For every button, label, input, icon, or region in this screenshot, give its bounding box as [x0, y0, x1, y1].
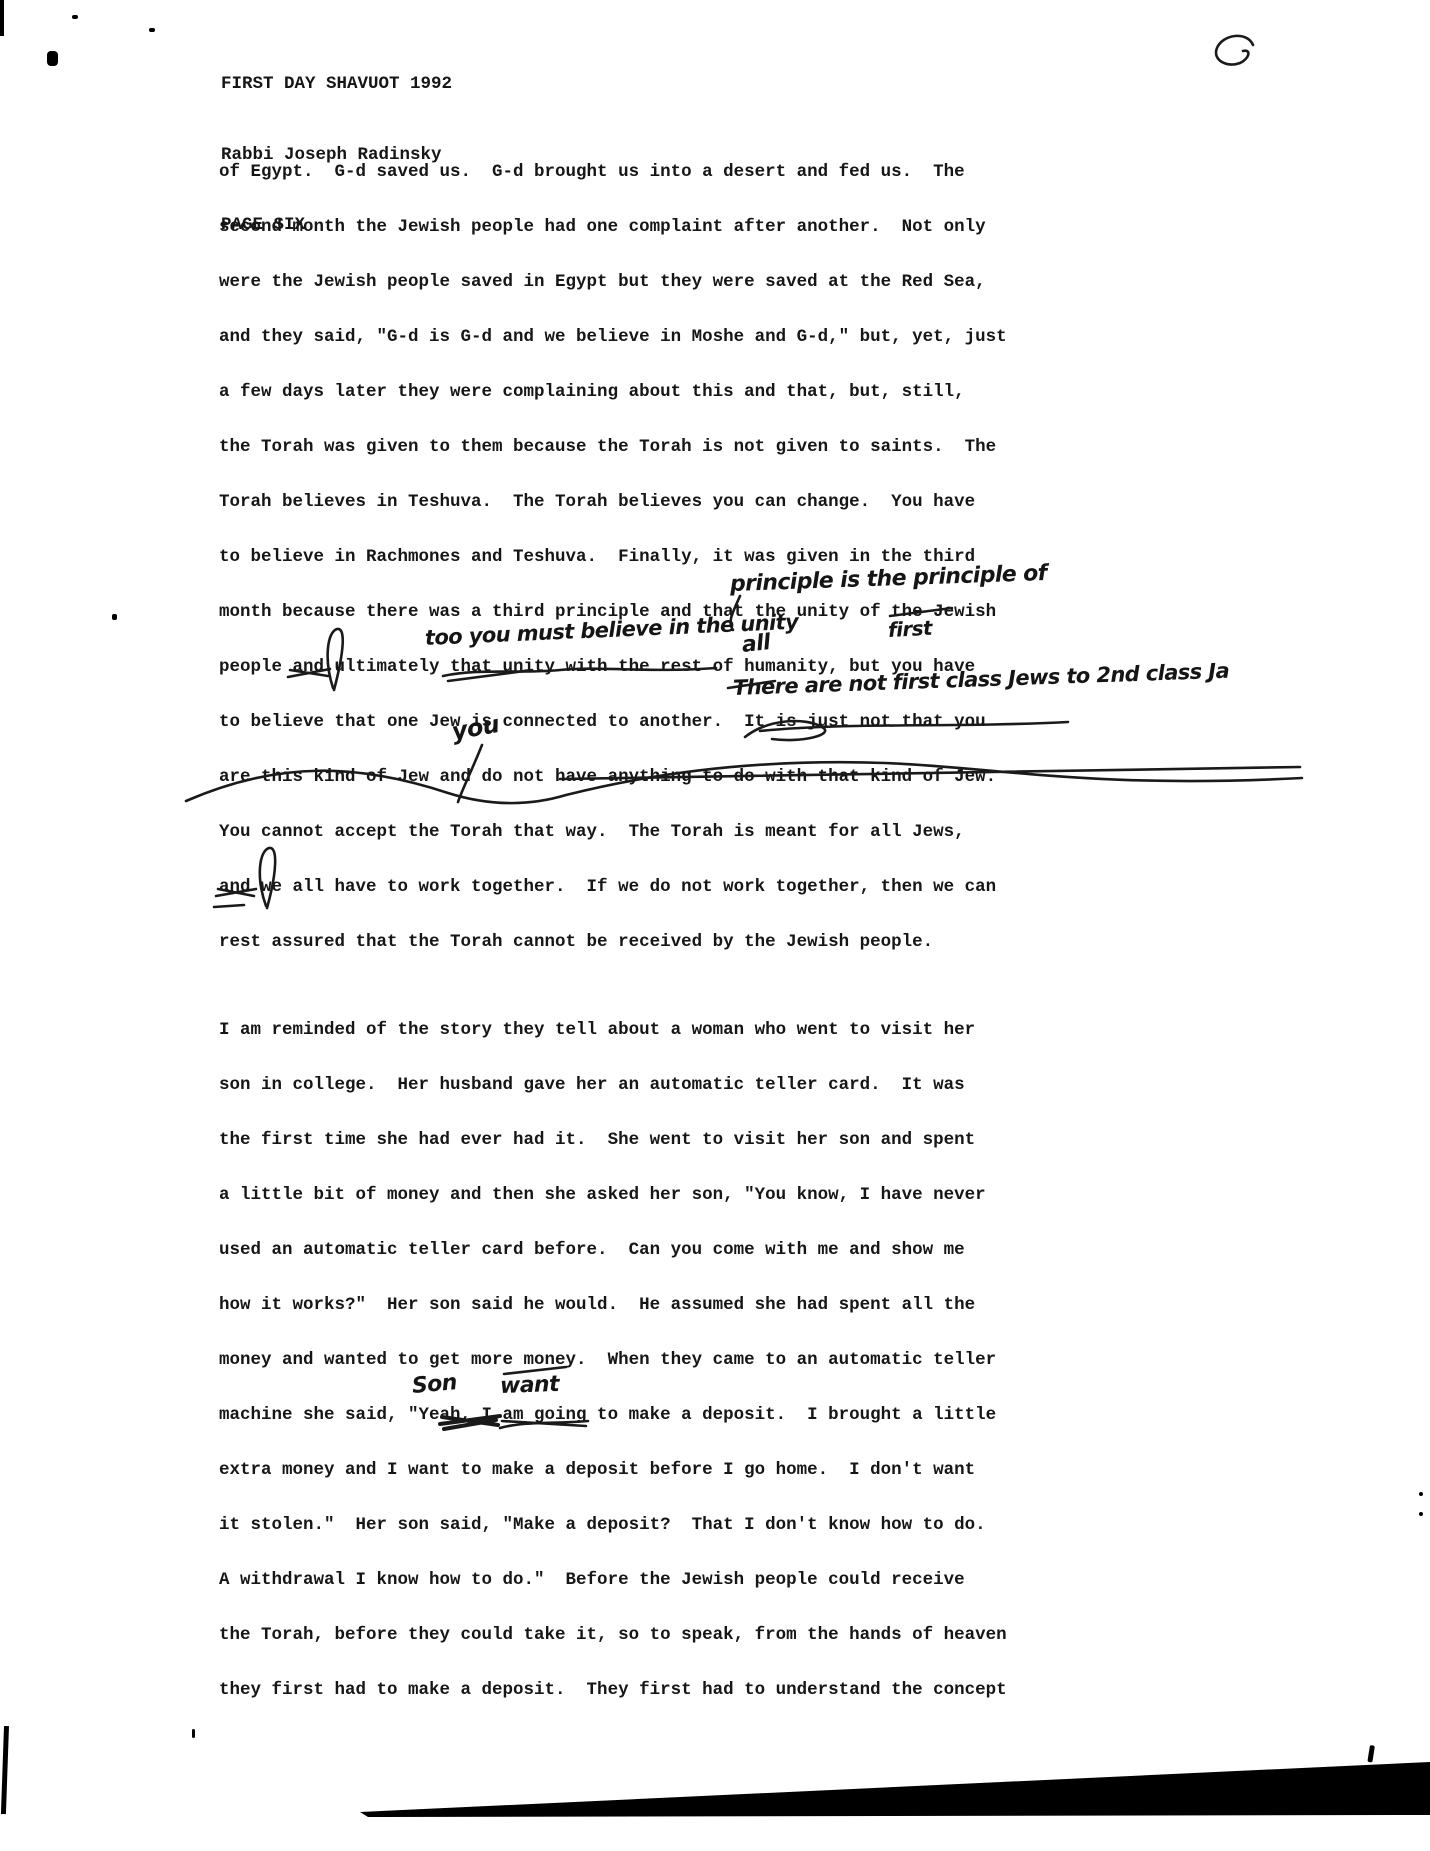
typed-line: the Torah was given to them because the …	[219, 420, 1007, 475]
scan-speck	[1367, 1745, 1375, 1763]
typed-line: money and wanted to get more money. When…	[219, 1333, 1007, 1388]
handwritten-loop-mark	[1216, 36, 1253, 65]
scan-artifact-wedge	[360, 1762, 1430, 1817]
scan-speck	[72, 15, 78, 19]
handwriting-first-insert: first	[887, 616, 932, 642]
paragraph-2: I am reminded of the story they tell abo…	[219, 1003, 1007, 1718]
typed-line: a little bit of money and then she asked…	[219, 1168, 1007, 1223]
scan-speck	[112, 614, 117, 620]
typed-line: used an automatic teller card before. Ca…	[219, 1223, 1007, 1278]
typed-line: were the Jewish people saved in Egypt bu…	[219, 255, 1007, 310]
scan-speck	[149, 28, 155, 32]
typed-line: it stolen." Her son said, "Make a deposi…	[219, 1498, 1007, 1553]
typed-line: I am reminded of the story they tell abo…	[219, 1003, 1007, 1058]
handwriting-son-insert: Son	[411, 1370, 458, 1399]
typed-line: rest assured that the Torah cannot be re…	[219, 915, 1007, 970]
document-title: FIRST DAY SHAVUOT 1992	[221, 73, 452, 97]
scan-speck	[192, 1729, 195, 1738]
typed-line: the Torah, before they could take it, so…	[219, 1608, 1007, 1663]
paragraph-1: of Egypt. G-d saved us. G-d brought us i…	[219, 145, 1007, 970]
handwriting-want-insert: want	[500, 1372, 560, 1399]
typed-line: You cannot accept the Torah that way. Th…	[219, 805, 1007, 860]
document-page: FIRST DAY SHAVUOT 1992 Rabbi Joseph Radi…	[0, 0, 1430, 1851]
handwriting-all-insert: all	[741, 630, 772, 658]
typed-line: A withdrawal I know how to do." Before t…	[219, 1553, 1007, 1608]
typed-line: they first had to make a deposit. They f…	[219, 1663, 1007, 1718]
typed-line: and we all have to work together. If we …	[219, 860, 1007, 915]
typed-line: Torah believes in Teshuva. The Torah bel…	[219, 475, 1007, 530]
scan-artifact-edge	[0, 0, 4, 36]
typed-line: and they said, "G-d is G-d and we believ…	[219, 310, 1007, 365]
scan-speck	[1419, 1512, 1423, 1516]
scan-speck	[1419, 1492, 1423, 1496]
typed-line: a few days later they were complaining a…	[219, 365, 1007, 420]
typed-line: how it works?" Her son said he would. He…	[219, 1278, 1007, 1333]
scan-speck	[47, 51, 58, 66]
typed-line: of Egypt. G-d saved us. G-d brought us i…	[219, 145, 1007, 200]
scan-artifact-edge	[1, 1726, 9, 1814]
typed-line: second month the Jewish people had one c…	[219, 200, 1007, 255]
typed-line: machine she said, "Yeah, I am going to m…	[219, 1388, 1007, 1443]
typed-line: extra money and I want to make a deposit…	[219, 1443, 1007, 1498]
typed-line: are this kind of Jew and do not have any…	[219, 750, 1007, 805]
typed-line: to believe that one Jew is connected to …	[219, 695, 1007, 750]
typed-line: son in college. Her husband gave her an …	[219, 1058, 1007, 1113]
typed-line: the first time she had ever had it. She …	[219, 1113, 1007, 1168]
